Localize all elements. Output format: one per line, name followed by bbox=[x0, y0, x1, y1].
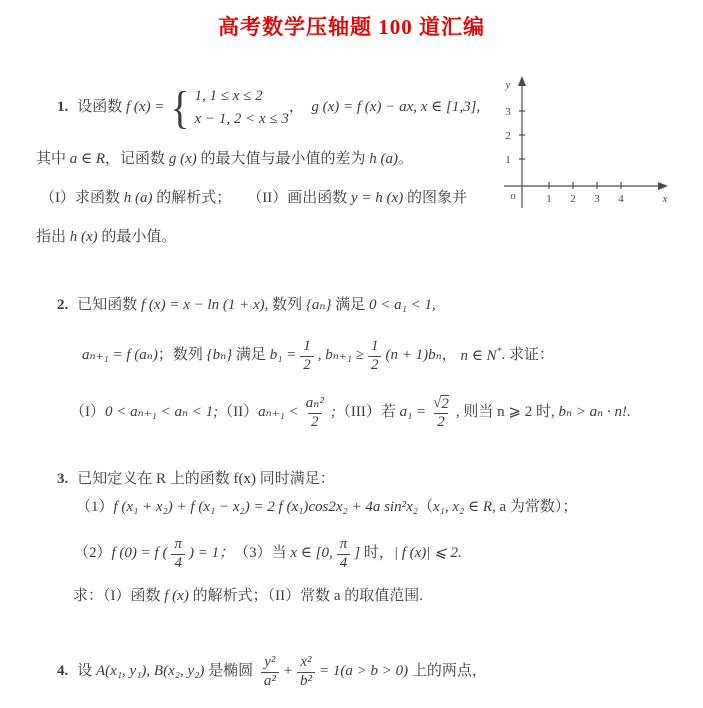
problem-2-line-3: （I） 0 < aₙ₊₁ < aₙ < 1; （II） aₙ₊₁ < aₙ² 2… bbox=[70, 390, 631, 436]
text-run: （3）当 bbox=[234, 544, 290, 564]
problem-3-line-1: 3. 已知定义在 R 上的函数 f(x) 同时满足： bbox=[57, 470, 335, 490]
text-run: 其中 bbox=[36, 150, 70, 170]
math-run: g (x) = f (x) − ax, x ∈ [1,3], bbox=[304, 98, 480, 118]
x-tick-label: 4 bbox=[618, 193, 624, 205]
text-run: a 为常数）； bbox=[496, 498, 578, 518]
problem-1-number: 1. bbox=[57, 98, 68, 118]
text-run: 求：（I）函数 bbox=[73, 587, 164, 607]
piecewise-brace: { bbox=[171, 88, 190, 127]
text-run: . 求证： bbox=[501, 346, 554, 366]
text-run: 的解析式； bbox=[153, 189, 232, 209]
text-run: 上的两点， bbox=[408, 662, 487, 682]
fraction-numerator: π bbox=[337, 536, 351, 553]
math-run: f (x) = x − ln (1 + x), bbox=[141, 296, 268, 316]
math-run: ) = 1； bbox=[189, 544, 234, 564]
y-axis-label: y bbox=[505, 79, 511, 91]
math-run: f (x) = bbox=[126, 98, 164, 118]
problem-3-number: 3. bbox=[57, 470, 68, 490]
fraction-numerator: aₙ² bbox=[303, 395, 327, 412]
text-run: 满足 bbox=[332, 296, 370, 316]
fraction-denominator: 4 bbox=[171, 554, 185, 572]
fraction: 1 2 bbox=[300, 338, 314, 374]
text-run: 的最大值与最小值的差为 bbox=[197, 150, 370, 170]
fraction-numerator: x² bbox=[297, 654, 314, 671]
problem-1-line-3: （I）求函数 h (a) 的解析式； （II）画出函数 y = h (x) 的图… bbox=[40, 189, 467, 209]
math-run: f (0) = f ( bbox=[112, 544, 168, 564]
y-tick-label: 1 bbox=[505, 154, 511, 166]
text-run: （2） bbox=[74, 544, 112, 564]
y-tick-label: 3 bbox=[505, 106, 511, 118]
math-run: 0 < a₁ < 1, bbox=[369, 296, 436, 316]
text-run: 的最小值。 bbox=[98, 228, 177, 248]
math-run: a₁ = bbox=[400, 403, 427, 423]
math-run: (n + 1)bₙ bbox=[385, 346, 441, 366]
math-run: 0 < aₙ₊₁ < aₙ < 1; bbox=[105, 403, 218, 423]
math-run: h (a) bbox=[124, 189, 153, 209]
math-run: h (a) bbox=[369, 150, 398, 170]
fraction-denominator: 4 bbox=[337, 554, 351, 572]
fraction-numerator: π bbox=[171, 536, 185, 553]
fraction: √2 2 bbox=[430, 395, 452, 432]
text-run: 设函数 bbox=[77, 98, 126, 118]
text-run: 是椭圆 bbox=[204, 662, 257, 682]
text-run: ， bbox=[442, 346, 461, 366]
text-run: 满足 bbox=[232, 346, 270, 366]
problem-1-line-4: 指出 h (x) 的最小值。 bbox=[36, 228, 176, 248]
math-run: h (x) bbox=[70, 228, 98, 248]
text-run: （1） bbox=[76, 498, 114, 518]
fraction-denominator: 2 bbox=[368, 356, 382, 374]
fraction: π 4 bbox=[171, 536, 185, 572]
problem-1-line-1: 1. 设函数 f (x) = { 1, 1 ≤ x ≤ 2 x − 1, 2 <… bbox=[57, 80, 480, 136]
text-run: （II） bbox=[218, 403, 258, 423]
text-run: ， bbox=[289, 98, 304, 118]
problem-2-line-2: aₙ₊₁ = f (aₙ) ；数列 {bₙ} 满足 b₁ = 1 2 , bₙ₊… bbox=[82, 336, 554, 376]
math-run: aₙ₊₁ < bbox=[258, 403, 299, 423]
text-run: （II）画出函数 bbox=[247, 189, 351, 209]
math-run: x₁, x₂ ∈ R, bbox=[433, 498, 496, 518]
math-run: y = h (x) bbox=[351, 189, 403, 209]
y-axis-arrow bbox=[518, 76, 526, 86]
math-run: a ∈ R bbox=[70, 150, 105, 170]
text-run: 设 bbox=[77, 662, 96, 682]
text-run: 已知函数 bbox=[77, 296, 141, 316]
x-axis-arrow bbox=[658, 182, 668, 190]
document-page: 高考数学压轴题 100 道汇编 1. 设函数 f (x) = { 1, 1 ≤ … bbox=[0, 0, 703, 708]
text-run: 已知定义在 R 上的函数 f(x) 同时满足： bbox=[77, 470, 335, 490]
fraction-denominator: b² bbox=[297, 672, 315, 690]
coordinate-grid-figure: 1 2 3 1 2 3 4 o y x bbox=[492, 74, 674, 214]
math-run: , bₙ₊₁ ≥ bbox=[318, 346, 364, 366]
text-run: 则当 n ⩾ 2 时, bbox=[463, 403, 558, 423]
math-run: f (x) bbox=[164, 587, 189, 607]
problem-1-line-2: 其中 a ∈ R ，记函数 g (x) 的最大值与最小值的差为 h (a) 。 bbox=[36, 150, 413, 170]
text-run: 数列 bbox=[268, 296, 306, 316]
math-run: f (x₁ + x₂) + f (x₁ − x₂) = 2 f (x₁)cos2… bbox=[114, 498, 418, 518]
x-tick-label: 2 bbox=[570, 193, 576, 205]
math-run: b₁ = bbox=[270, 346, 297, 366]
fraction-denominator: a² bbox=[261, 672, 279, 690]
text-run: ；数列 bbox=[158, 346, 207, 366]
fraction-numerator: y² bbox=[261, 654, 278, 671]
sqrt-symbol: √ bbox=[433, 395, 441, 412]
math-run: x ∈ [0, bbox=[290, 544, 332, 564]
piecewise-cases: 1, 1 ≤ x ≤ 2 x − 1, 2 < x ≤ 3 bbox=[195, 87, 289, 130]
problem-4-number: 4. bbox=[57, 662, 68, 682]
math-run: aₙ₊₁ = f (aₙ) bbox=[82, 346, 158, 366]
piecewise-case-2: x − 1, 2 < x ≤ 3 bbox=[195, 110, 289, 130]
math-run: = 1(a > b > 0) bbox=[319, 662, 408, 682]
fraction: aₙ² 2 bbox=[303, 395, 327, 431]
math-run: n ∈ N* bbox=[460, 346, 501, 367]
problem-2-line-1: 2. 已知函数 f (x) = x − ln (1 + x), 数列 {aₙ} … bbox=[57, 296, 436, 316]
fraction: y² a² bbox=[261, 654, 279, 690]
problem-3-line-3: （2） f (0) = f ( π 4 ) = 1； （3）当 x ∈ [0, … bbox=[74, 534, 462, 574]
text-run: 时， bbox=[360, 544, 394, 564]
fraction-numerator: 1 bbox=[300, 338, 314, 355]
fraction: 1 2 bbox=[368, 338, 382, 374]
fraction: π 4 bbox=[337, 536, 351, 572]
fraction-denominator: 2 bbox=[300, 356, 314, 374]
sqrt-radical: √2 bbox=[433, 395, 449, 413]
text-run: （I）求函数 bbox=[40, 189, 124, 209]
fraction-denominator: 2 bbox=[308, 413, 322, 431]
math-run: {bₙ} bbox=[207, 346, 233, 366]
math-run: , bbox=[456, 403, 464, 423]
fraction: x² b² bbox=[297, 654, 315, 690]
math-run: A(x₁, y₁), B(x₂, y₂) bbox=[96, 662, 204, 682]
problem-2-number: 2. bbox=[57, 296, 68, 316]
text-run: （I） bbox=[70, 403, 105, 423]
fraction-denominator: 2 bbox=[434, 413, 448, 431]
math-run: + bbox=[283, 662, 293, 682]
math-run: bₙ > aₙ · n!. bbox=[558, 403, 630, 423]
math-run: | f (x)| ⩽ 2. bbox=[394, 544, 462, 564]
problem-3-line-2: （1） f (x₁ + x₂) + f (x₁ − x₂) = 2 f (x₁)… bbox=[76, 498, 577, 518]
y-tick-label: 2 bbox=[505, 130, 511, 142]
text-run: 的图象并 bbox=[403, 189, 467, 209]
text-run: 指出 bbox=[36, 228, 70, 248]
text-run: 的解析式；（II）常数 a 的取值范围. bbox=[189, 587, 423, 607]
page-title: 高考数学压轴题 100 道汇编 bbox=[0, 11, 703, 41]
x-axis-label: x bbox=[662, 193, 668, 205]
math-run: g (x) bbox=[169, 150, 197, 170]
origin-label: o bbox=[510, 190, 516, 202]
problem-4-line-1: 4. 设 A(x₁, y₁), B(x₂, y₂) 是椭圆 y² a² + x²… bbox=[57, 648, 487, 696]
math-run: n ∈ N bbox=[460, 348, 496, 364]
fraction-numerator: √2 bbox=[430, 395, 452, 413]
x-tick-label: 1 bbox=[546, 193, 552, 205]
x-tick-label: 3 bbox=[594, 193, 600, 205]
math-run: {aₙ} bbox=[306, 296, 332, 316]
fraction-numerator: 1 bbox=[368, 338, 382, 355]
text-run: ，记函数 bbox=[105, 150, 169, 170]
piecewise-case-1: 1, 1 ≤ x ≤ 2 bbox=[195, 87, 289, 107]
problem-3-line-4: 求：（I）函数 f (x) 的解析式；（II）常数 a 的取值范围. bbox=[73, 587, 423, 607]
text-run: （ bbox=[418, 498, 433, 518]
text-run: （III）若 bbox=[336, 403, 400, 423]
sqrt-radicand: 2 bbox=[441, 395, 449, 413]
text-run: 。 bbox=[398, 150, 413, 170]
